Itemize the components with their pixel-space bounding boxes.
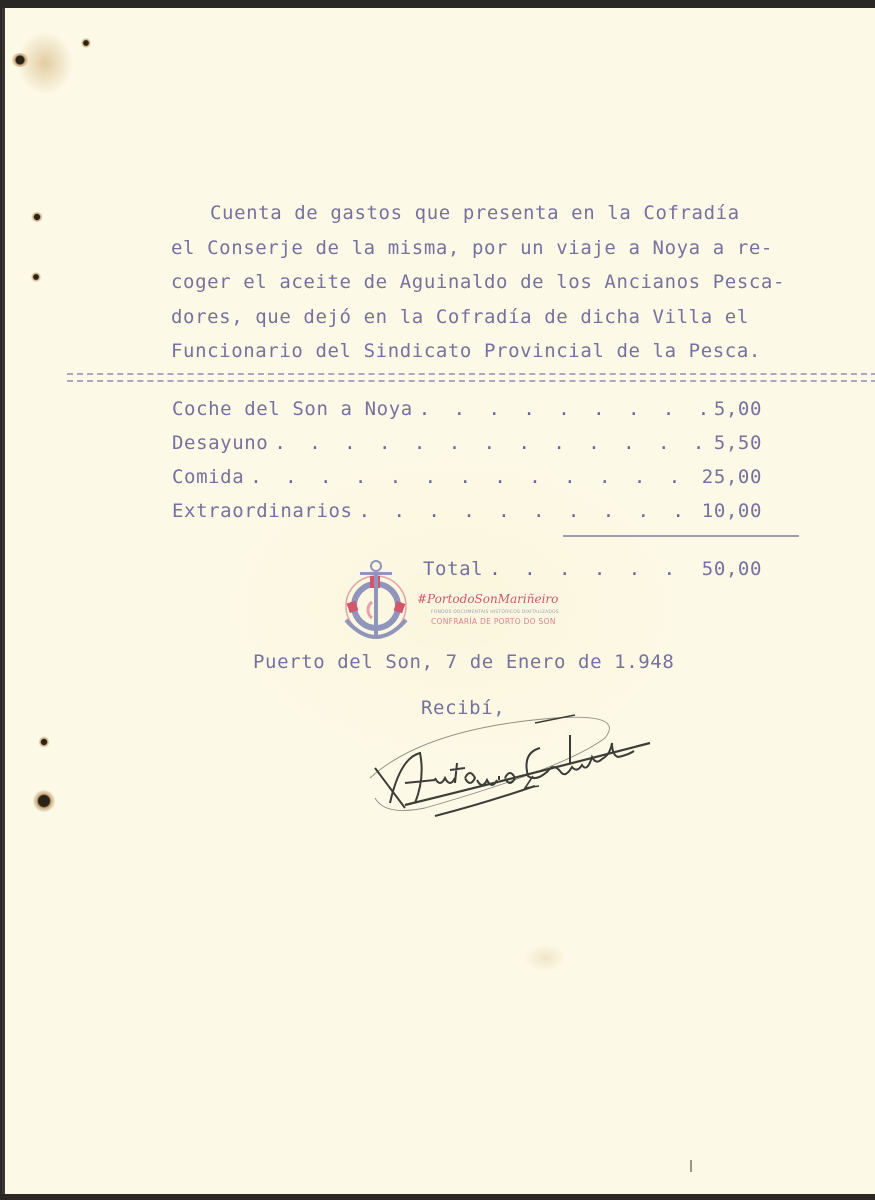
watermark-organization: CONFRARÍA DE PORTO DO SON (431, 617, 556, 626)
leader-dots: . . . . . . . . . . . . . . . . . . . . … (244, 466, 702, 488)
punch-hole (33, 790, 55, 812)
intro-line: el Conserje de la misma, por un viaje a … (171, 237, 773, 259)
intro-line: coger el aceite de Aguinaldo de los Anci… (171, 271, 785, 293)
leader-dots: . . . . . . . . . . . . . . . . . . . . … (413, 398, 714, 420)
expense-row: Comida . . . . . . . . . . . . . . . . .… (172, 466, 762, 488)
total-underline (563, 535, 799, 537)
expense-label: Comida (172, 466, 244, 488)
separator-rule (67, 373, 875, 382)
punch-hole (39, 736, 49, 748)
intro-line: Funcionario del Sindicato Provincial de … (171, 340, 761, 362)
punch-hole (31, 212, 43, 222)
expense-row: Desayuno . . . . . . . . . . . . . . . .… (172, 432, 762, 454)
intro-line: dores, que dejó en la Cofradía de dicha … (171, 306, 749, 328)
expense-label: Desayuno (172, 432, 268, 454)
document-page: Cuenta de gastos que presenta en la Cofr… (2, 8, 875, 1194)
leader-dots: . . . . . . . . . . . . . . . . . . . . … (353, 500, 702, 522)
expense-row: Coche del Son a Noya . . . . . . . . . .… (172, 398, 762, 420)
total-label: Total (423, 558, 483, 580)
leader-dots: . . . . . . . . . (483, 558, 702, 580)
place-date: Puerto del Son, 7 de Enero de 1.948 (253, 651, 674, 673)
expense-label: Coche del Son a Noya (172, 398, 413, 420)
expense-amount: 5,00 (714, 398, 762, 420)
expense-amount: 10,00 (702, 500, 762, 522)
expense-label: Extraordinarios (172, 500, 353, 522)
corner-stain (81, 38, 91, 48)
intro-line: Cuenta de gastos que presenta en la Cofr… (210, 202, 740, 224)
pencil-mark (690, 1160, 692, 1172)
total-amount: 50,00 (702, 558, 762, 580)
anchor-seal-icon (338, 558, 418, 653)
punch-hole (31, 272, 41, 282)
expense-amount: 5,50 (714, 432, 762, 454)
expense-row: Extraordinarios . . . . . . . . . . . . … (172, 500, 762, 522)
signature-mark (365, 708, 665, 823)
corner-stain (11, 53, 29, 67)
total-row: Total . . . . . . . . . 50,00 (423, 558, 762, 580)
watermark-title: #PortodoSonMariñeiro (417, 592, 558, 606)
leader-dots: . . . . . . . . . . . . . . . . . . . . … (268, 432, 714, 454)
watermark-subtitle: FONDOS DOCUMENTAIS HISTÓRICOS DIXITALIZA… (431, 610, 559, 615)
expense-amount: 25,00 (702, 466, 762, 488)
